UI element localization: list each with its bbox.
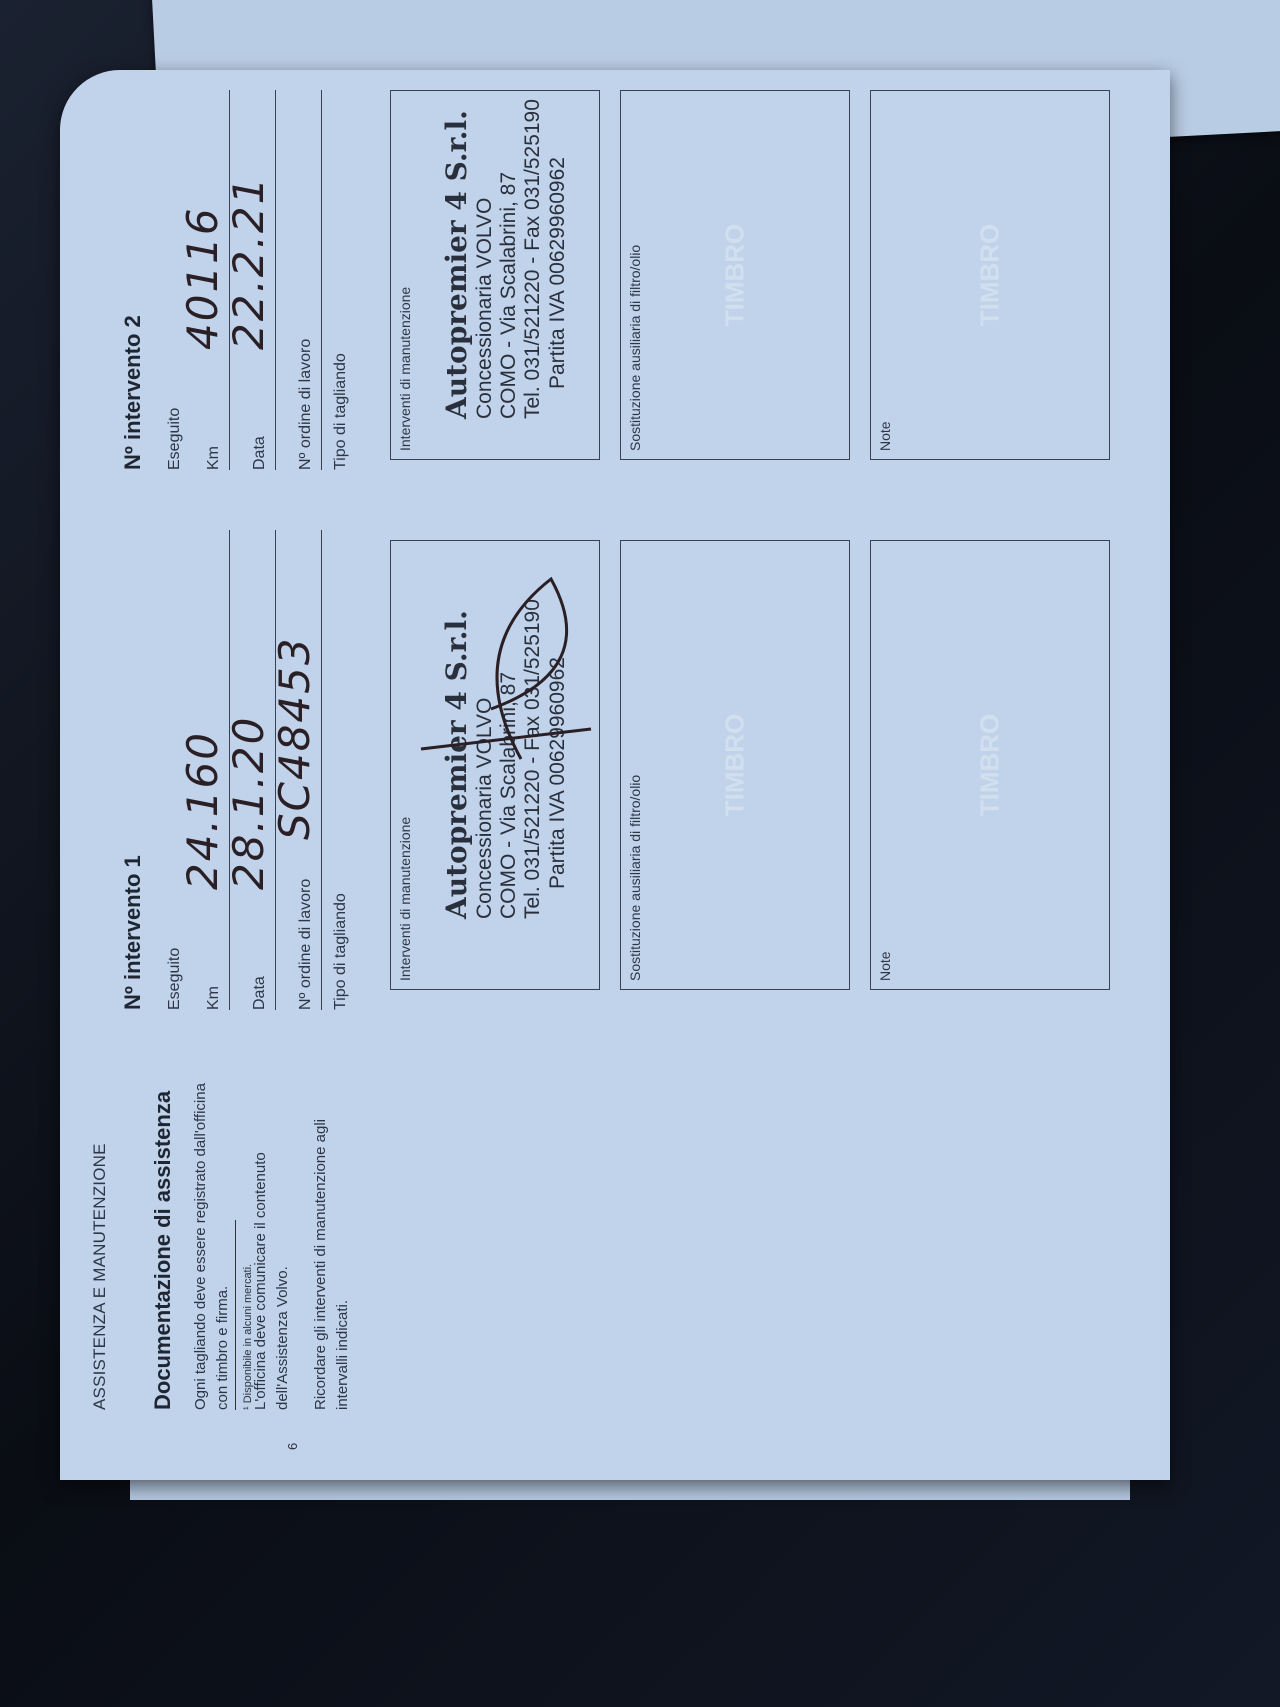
ordine-label: Nº ordine di lavoro [297,339,315,470]
page-title: Documentazione di assistenza [150,1091,176,1410]
stamp-line4: Tel. 031/521220 - Fax 031/525190 [521,99,545,419]
note-box-2: Note TIMBRO [870,90,1110,460]
ordine-label: Nº ordine di lavoro [297,879,315,1010]
sostituzione-box-2: Sostituzione ausiliaria di filtro/olio T… [620,90,850,460]
service-booklet-page: ASSISTENZA E MANUTENZIONE Documentazione… [60,70,1170,1480]
stamp-line2: Concessionaria VOLVO [473,99,497,419]
interventi-box-2: Interventi di manutenzione Autopremier 4… [390,90,600,460]
km-value[interactable]: 40116 [178,206,227,350]
note-box-1: Note TIMBRO [870,540,1110,990]
timbro-placeholder: TIMBRO [720,224,751,327]
data-label: Data [251,436,269,470]
intervento-1: Nº intervento 1 Eseguito Km 24.160 Data … [120,530,350,1010]
timbro-placeholder: TIMBRO [720,714,751,817]
footnote: ¹ Disponibile in alcuni mercati. [242,1264,254,1410]
page-number: 6 [285,1443,300,1450]
paragraph-3: Ricordare gli interventi di manutenzione… [310,1080,354,1410]
paragraph-2: L'officina deve comunicare il contenuto … [250,1080,294,1410]
data-row: Data 22.2.21 [230,90,276,470]
timbro-placeholder: TIMBRO [975,714,1006,817]
note-label: Note [877,951,893,981]
km-label: Km [205,986,223,1010]
intervento-2-title: Nº intervento 2 [120,90,146,470]
sostituzione-label: Sostituzione ausiliaria di filtro/olio [627,775,643,981]
ordine-row: Nº ordine di lavoro SC48453 [276,530,322,1010]
sostituzione-label: Sostituzione ausiliaria di filtro/olio [627,245,643,451]
stamp-name: Autopremier 4 S.r.l. [441,99,473,419]
data-value[interactable]: 22.2.21 [224,176,273,350]
interventi-label: Interventi di manutenzione [397,287,413,451]
sostituzione-box-1: Sostituzione ausiliaria di filtro/olio T… [620,540,850,990]
paragraph-1: Ogni tagliando deve essere registrato da… [190,1080,234,1410]
section-header: ASSISTENZA E MANUTENZIONE [90,1143,110,1410]
ordine-row: Nº ordine di lavoro [276,90,322,470]
stamp-line3: COMO - Via Scalabrini, 87 [497,99,521,419]
km-value[interactable]: 24.160 [178,731,227,890]
data-label: Data [251,976,269,1010]
km-label: Km [205,446,223,470]
intervento-2: Nº intervento 2 Eseguito Km 40116 Data 2… [120,90,350,470]
ordine-value[interactable]: SC48453 [270,636,319,840]
interventi-label: Interventi di manutenzione [397,817,413,981]
note-label: Note [877,421,893,451]
data-value[interactable]: 28.1.20 [224,716,273,890]
timbro-placeholder: TIMBRO [975,224,1006,327]
tipo-label: Tipo di tagliando [332,530,350,1010]
footnote-rule [235,1220,237,1410]
signature-icon [401,569,601,769]
interventi-box-1: Interventi di manutenzione Autopremier 4… [390,540,600,990]
dealer-stamp-2: Autopremier 4 S.r.l. Concessionaria VOLV… [441,99,570,419]
stamp-line5: Partita IVA 00629960962 [546,99,570,419]
tipo-label: Tipo di tagliando [332,90,350,470]
intervento-1-title: Nº intervento 1 [120,530,146,1010]
